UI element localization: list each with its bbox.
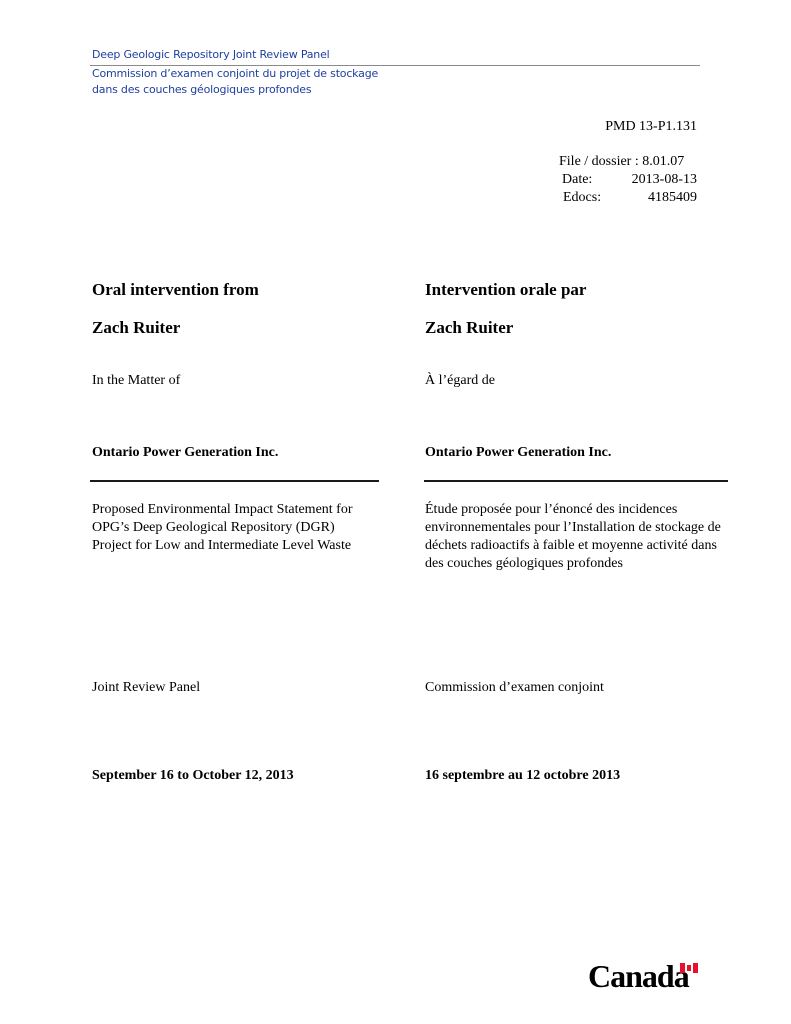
header-panel-name-fr-2: dans des couches géologiques profondes	[92, 83, 311, 96]
edocs-value: 4185409	[648, 190, 697, 206]
date-label: Date:	[562, 172, 592, 188]
company-en: Ontario Power Generation Inc.	[92, 445, 278, 461]
header-panel-name-en: Deep Geologic Repository Joint Review Pa…	[92, 48, 330, 61]
title-en: Oral intervention from	[92, 280, 259, 300]
company-fr: Ontario Power Generation Inc.	[425, 445, 611, 461]
intervenor-name-fr: Zach Ruiter	[425, 318, 513, 338]
matter-label-fr: À l’égard de	[425, 373, 495, 389]
header-divider	[90, 65, 700, 66]
title-fr: Intervention orale par	[425, 280, 586, 300]
canada-wordmark-text: Canada	[588, 958, 689, 995]
panel-en: Joint Review Panel	[92, 680, 200, 696]
header-panel-name-fr-1: Commission d’examen conjoint du projet d…	[92, 67, 378, 80]
section-rule-en	[90, 480, 379, 482]
canada-flag-icon	[680, 963, 698, 973]
edocs-label: Edocs:	[563, 190, 601, 206]
intervenor-name-en: Zach Ruiter	[92, 318, 180, 338]
hearing-dates-en: September 16 to October 12, 2013	[92, 768, 294, 784]
panel-fr: Commission d’examen conjoint	[425, 680, 604, 696]
file-dossier: File / dossier : 8.01.07	[559, 154, 684, 170]
description-fr: Étude proposée pour l’énoncé des inciden…	[425, 501, 730, 573]
section-rule-fr	[424, 480, 728, 482]
pmd-number: PMD 13-P1.131	[605, 119, 697, 135]
file-label: File / dossier :	[559, 154, 639, 169]
matter-label-en: In the Matter of	[92, 373, 180, 389]
hearing-dates-fr: 16 septembre au 12 octobre 2013	[425, 768, 620, 784]
description-en: Proposed Environmental Impact Statement …	[92, 501, 377, 555]
date-value: 2013-08-13	[632, 172, 697, 188]
file-value: 8.01.07	[642, 154, 684, 169]
